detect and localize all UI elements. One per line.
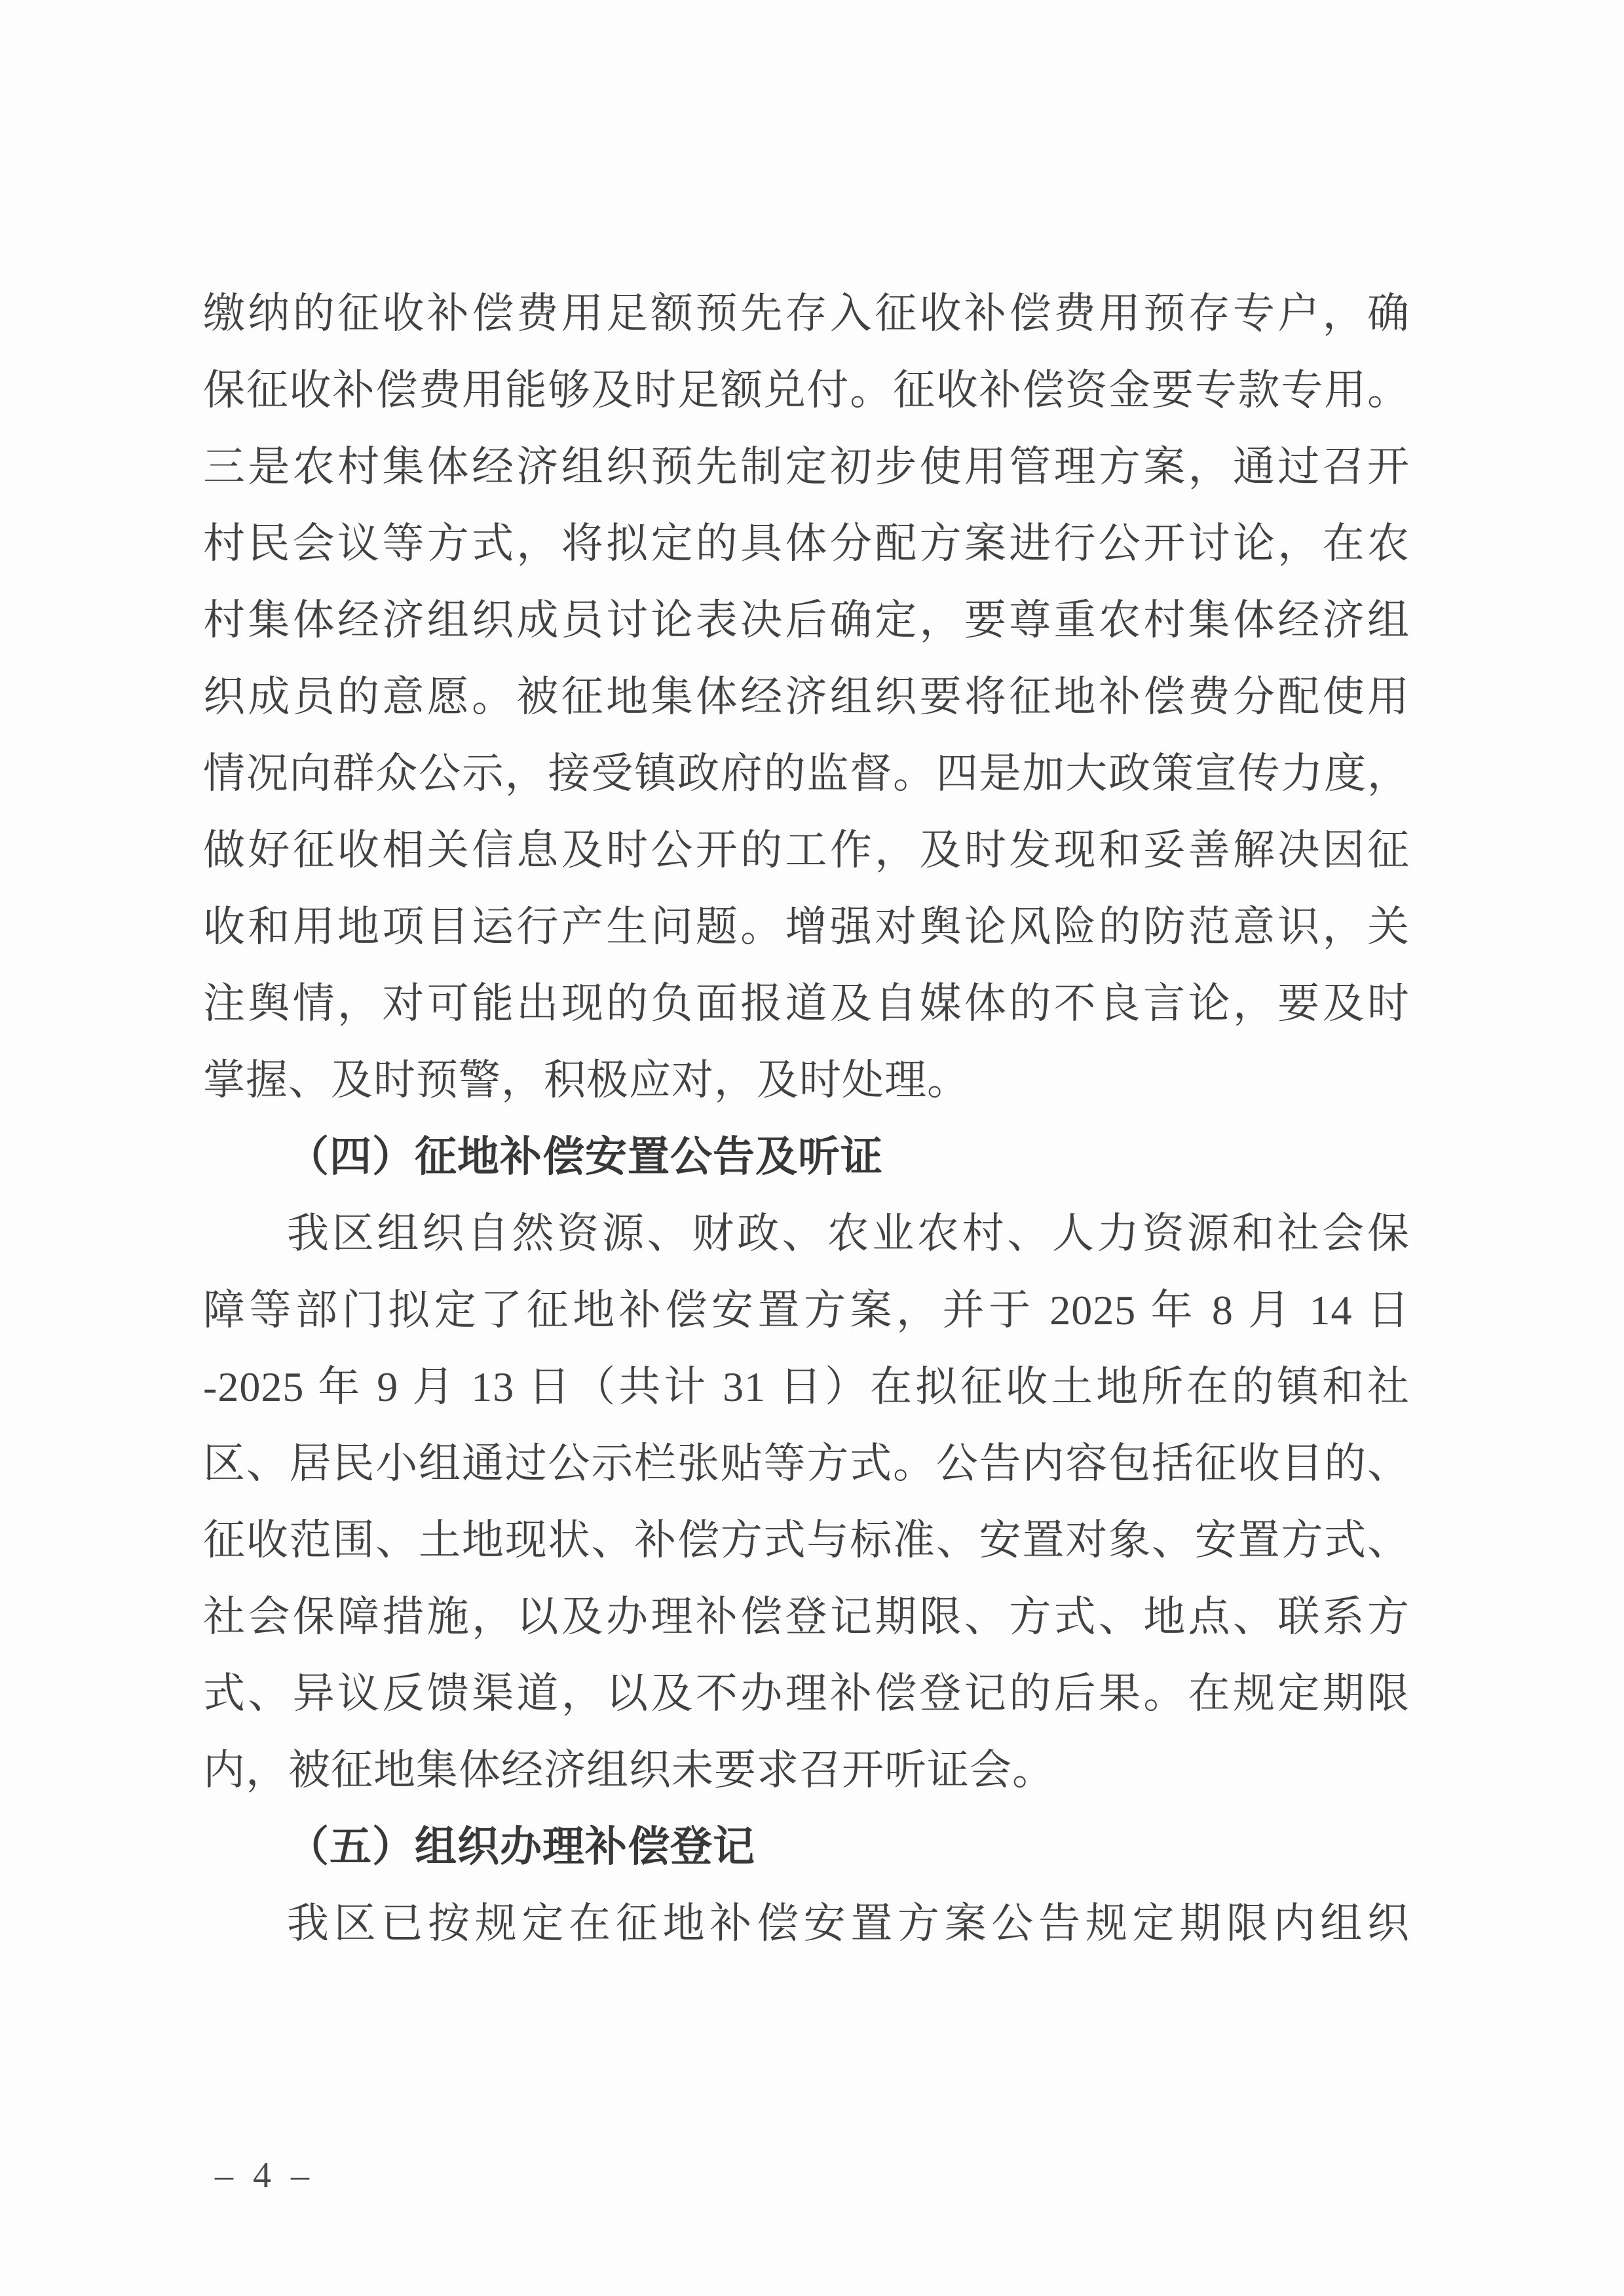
body-text-line: 织成员的意愿。被征地集体经济组织要将征地补偿费分配使用 — [203, 659, 1410, 735]
body-text-line: -2025 年 9 月 13 日（共计 31 日）在拟征收土地所在的镇和社 — [203, 1349, 1410, 1425]
body-text-line: 村民会议等方式，将拟定的具体分配方案进行公开讨论，在农 — [203, 505, 1410, 582]
body-text-line: 保征收补偿费用能够及时足额兑付。征收补偿资金要专款专用。 — [203, 352, 1410, 429]
section-heading: （四）征地补偿安置公告及听证 — [203, 1119, 1410, 1195]
section-heading: （五）组织办理补偿登记 — [203, 1808, 1410, 1885]
body-text-line: 掌握、及时预警，积极应对，及时处理。 — [203, 1042, 1410, 1119]
body-text-line: 征收范围、土地现状、补偿方式与标准、安置对象、安置方式、 — [203, 1502, 1410, 1578]
body-text-line: 缴纳的征收补偿费用足额预先存入征收补偿费用预存专户，确 — [203, 275, 1410, 352]
body-text-line: 村集体经济组织成员讨论表决后确定，要尊重农村集体经济组 — [203, 582, 1410, 659]
document-page: 缴纳的征收补偿费用足额预先存入征收补偿费用预存专户，确保征收补偿费用能够及时足额… — [0, 0, 1624, 2296]
body-text-line: 式、异议反馈渠道，以及不办理补偿登记的后果。在规定期限 — [203, 1655, 1410, 1732]
body-text-line: 注舆情，对可能出现的负面报道及自媒体的不良言论，要及时 — [203, 965, 1410, 1042]
document-body: 缴纳的征收补偿费用足额预先存入征收补偿费用预存专户，确保征收补偿费用能够及时足额… — [203, 275, 1410, 1962]
body-text-line: 三是农村集体经济组织预先制定初步使用管理方案，通过召开 — [203, 429, 1410, 505]
body-text-line: 我区已按规定在征地补偿安置方案公告规定期限内组织 — [203, 1885, 1410, 1962]
body-text-line: 内，被征地集体经济组织未要求召开听证会。 — [203, 1732, 1410, 1808]
body-text-line: 情况向群众公示，接受镇政府的监督。四是加大政策宣传力度， — [203, 735, 1410, 812]
body-text-line: 收和用地项目运行产生问题。增强对舆论风险的防范意识，关 — [203, 889, 1410, 965]
body-text-line: 社会保障措施，以及办理补偿登记期限、方式、地点、联系方 — [203, 1578, 1410, 1655]
body-text-line: 我区组织自然资源、财政、农业农村、人力资源和社会保 — [203, 1195, 1410, 1272]
body-text-line: 障等部门拟定了征地补偿安置方案，并于 2025 年 8 月 14 日 — [203, 1272, 1410, 1349]
body-text-line: 做好征收相关信息及时公开的工作，及时发现和妥善解决因征 — [203, 812, 1410, 889]
body-text-line: 区、居民小组通过公示栏张贴等方式。公告内容包括征收目的、 — [203, 1425, 1410, 1502]
page-number: – 4 – — [215, 2154, 314, 2196]
